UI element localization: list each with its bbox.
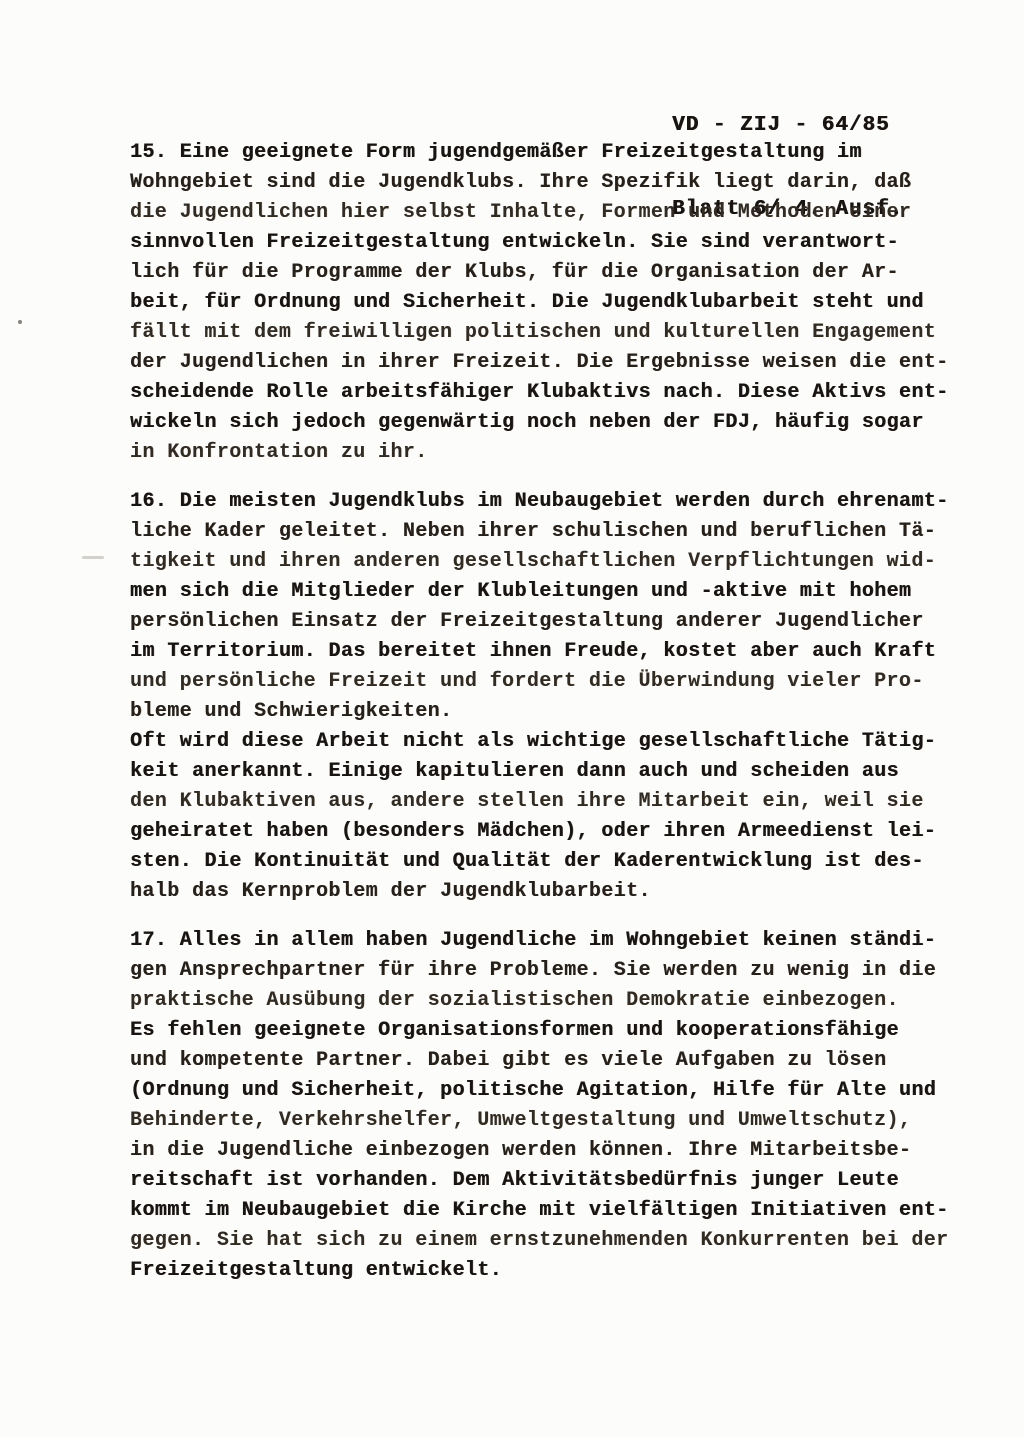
- text-line: persönlichen Einsatz der Freizeitgestalt…: [130, 607, 980, 637]
- text-line: tigkeit und ihren anderen gesellschaftli…: [130, 547, 980, 577]
- text-line: Freizeitgestaltung entwickelt.: [130, 1256, 980, 1286]
- text-line: sinnvollen Freizeitgestaltung entwickeln…: [130, 228, 980, 258]
- text-line: reitschaft ist vorhanden. Dem Aktivitäts…: [130, 1166, 980, 1196]
- text-line: bleme und Schwierigkeiten.: [130, 697, 980, 727]
- text-line: gen Ansprechpartner für ihre Probleme. S…: [130, 956, 980, 986]
- paragraph-17: 17. Alles in allem haben Jugendliche im …: [130, 926, 980, 1286]
- text-line: 17. Alles in allem haben Jugendliche im …: [130, 926, 980, 956]
- text-line: die Jugendlichen hier selbst Inhalte, Fo…: [130, 198, 980, 228]
- text-line: keit anerkannt. Einige kapitulieren dann…: [130, 757, 980, 787]
- text-line: und kompetente Partner. Dabei gibt es vi…: [130, 1046, 980, 1076]
- text-line: 15. Eine geeignete Form jugendgemäßer Fr…: [130, 138, 980, 168]
- text-line: fällt mit dem freiwilligen politischen u…: [130, 318, 980, 348]
- text-line: im Territorium. Das bereitet ihnen Freud…: [130, 637, 980, 667]
- text-line: geheiratet haben (besonders Mädchen), od…: [130, 817, 980, 847]
- text-line: halb das Kernproblem der Jugendklubarbei…: [130, 877, 980, 907]
- text-line: sten. Die Kontinuität und Qualität der K…: [130, 847, 980, 877]
- text-line: lich für die Programme der Klubs, für di…: [130, 258, 980, 288]
- text-line: praktische Ausübung der sozialistischen …: [130, 986, 980, 1016]
- text-line: 16. Die meisten Jugendklubs im Neubaugeb…: [130, 487, 980, 517]
- text-line: kommt im Neubaugebiet die Kirche mit vie…: [130, 1196, 980, 1226]
- text-line: und persönliche Freizeit und fordert die…: [130, 667, 980, 697]
- scan-speck: [82, 556, 104, 559]
- text-line: men sich die Mitglieder der Klubleitunge…: [130, 577, 980, 607]
- text-line: (Ordnung und Sicherheit, politische Agit…: [130, 1076, 980, 1106]
- paragraph-16: 16. Die meisten Jugendklubs im Neubaugeb…: [130, 487, 980, 907]
- text-line: beit, für Ordnung und Sicherheit. Die Ju…: [130, 288, 980, 318]
- text-line: der Jugendlichen in ihrer Freizeit. Die …: [130, 348, 980, 378]
- text-line: Behinderte, Verkehrshelfer, Umweltgestal…: [130, 1106, 980, 1136]
- paragraph-15: 15. Eine geeignete Form jugendgemäßer Fr…: [130, 138, 980, 468]
- text-line: in die Jugendliche einbezogen werden kön…: [130, 1136, 980, 1166]
- text-line: in Konfrontation zu ihr.: [130, 438, 980, 468]
- text-line: scheidende Rolle arbeitsfähiger Klubakti…: [130, 378, 980, 408]
- document-body: 15. Eine geeignete Form jugendgemäßer Fr…: [130, 138, 980, 1305]
- doc-number: VD - ZIJ - 64/85: [672, 112, 903, 140]
- text-line: liche Kader geleitet. Neben ihrer schuli…: [130, 517, 980, 547]
- scan-speck: [18, 320, 22, 324]
- text-line: Es fehlen geeignete Organisationsformen …: [130, 1016, 980, 1046]
- text-line: wickeln sich jedoch gegenwärtig noch neb…: [130, 408, 980, 438]
- document-page: VD - ZIJ - 64/85 Blatt 6/ 4. Ausf. 15. E…: [0, 0, 1024, 1437]
- text-line: gegen. Sie hat sich zu einem ernstzunehm…: [130, 1226, 980, 1256]
- text-line: den Klubaktiven aus, andere stellen ihre…: [130, 787, 980, 817]
- text-line: Wohngebiet sind die Jugendklubs. Ihre Sp…: [130, 168, 980, 198]
- text-line: Oft wird diese Arbeit nicht als wichtige…: [130, 727, 980, 757]
